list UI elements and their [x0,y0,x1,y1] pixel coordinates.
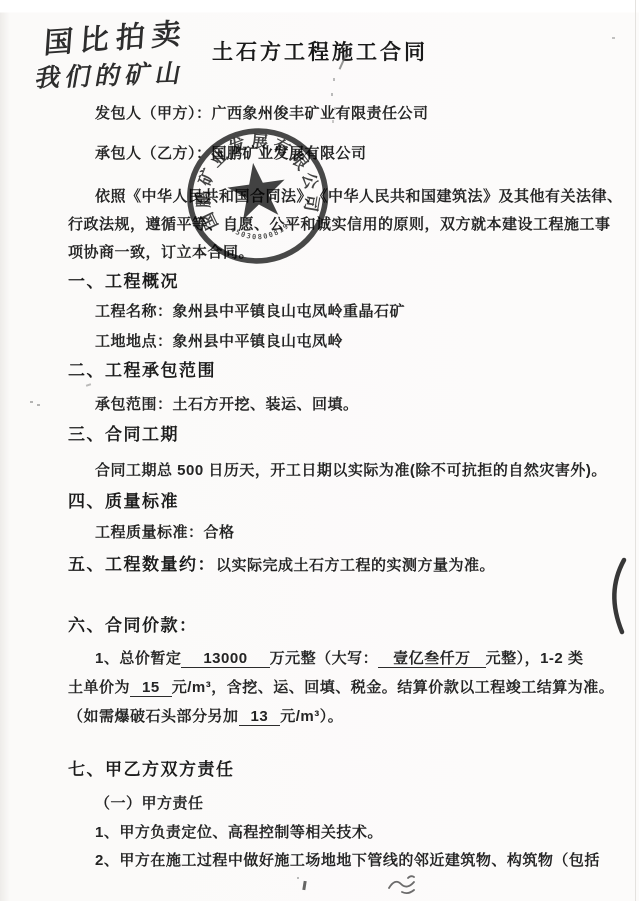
scope-line: 承包范围：土石方开挖、装运、回填。 [95,396,359,414]
blasting-extra-value: 13 [239,708,281,726]
seal-star-icon [224,159,289,222]
price-l3-pre: （如需爆破石头部分另加 [68,708,239,725]
section-1-heading: 一、工程概况 [68,272,179,292]
duration-line: 合同工期总 500 日历天，开工日期以实际为准(除不可抗拒的自然灾害外)。 [95,462,607,480]
section-7-heading: 七、甲乙方双方责任 [68,760,235,780]
scan-speck [297,877,299,879]
section-5-text: 以实际完成土石方工程的实测方量为准。 [216,557,495,574]
price-line-3: （如需爆破石头部分另加13元/m³）。 [68,708,343,726]
unit-price-value: 15 [130,679,172,697]
section-5-heading: 五、工程数量约： [68,555,216,574]
section-4-heading: 四、质量标准 [68,492,179,512]
contract-page: 国比拍卖 我们的矿山 土石方工程施工合同 发包人（甲方）：广西象州俊丰矿业有限责… [0,0,639,901]
price-l1-post: 元整），1-2 类 [486,650,584,667]
price-l3-post: 元/m³）。 [280,708,343,725]
price-line-2: 土单价为15元/m³，含挖、运、回填、税金。结算价款以工程竣工结算为准。 [68,679,614,697]
quality-line: 工程质量标准：合格 [95,524,235,542]
scan-speck [37,404,40,406]
handwritten-note-line2: 我们的矿山 [33,53,189,94]
party-a-line: 发包人（甲方）：广西象州俊丰矿业有限责任公司 [95,105,429,123]
section-3-heading: 三、合同工期 [68,425,179,445]
scan-speck [30,401,33,403]
svg-text:450308008192: 450308008192 [228,216,297,245]
preamble-line-1: 依照《中华人民共和国合同法》、《中华人民共和国建筑法》及其他有关法律、 [95,188,623,206]
scan-speck [334,107,336,110]
price-line-1: 1、总价暂定13000万元整（大写：壹亿叁仟万元整），1-2 类 [95,650,583,668]
scan-tick-mark [86,383,91,386]
scan-crease-mark [603,556,633,638]
scan-speck [612,37,615,39]
price-total-value: 13000 [181,650,269,668]
seal-registration-number: 450308008192 [228,216,297,245]
price-l2-pre: 土单价为 [68,679,130,696]
price-total-capital: 壹亿叁仟万 [378,650,486,668]
price-l1-mid: 万元整（大写： [270,650,379,667]
price-l2-post: 元/m³，含挖、运、回填、税金。结算价款以工程竣工结算为准。 [172,679,615,696]
scan-smudge-mark [384,872,422,898]
section-6-heading: 六、合同价款： [68,616,198,636]
scan-speck [333,78,335,81]
scan-speck [302,881,306,890]
project-name-line: 工程名称：象州县中平镇良山屯凤岭重晶石矿 [95,303,405,321]
party-a-duty-item-2: 2、甲方在施工过程中做好施工场地地下管线的邻近建筑物、构筑物（包括 [95,852,600,870]
section-2-heading: 二、工程承包范围 [68,361,216,381]
site-location-line: 工地地点：象州县中平镇良山屯凤岭 [95,333,343,351]
price-l1-pre: 1、总价暂定 [95,650,181,667]
company-seal-stamp: 国鹏矿业发展有限公司 450308008192 [172,114,343,282]
document-title: 土石方工程施工合同 [212,36,428,66]
scan-speck [332,120,334,123]
scan-speck [331,93,333,96]
party-a-duty-item-1: 1、甲方负责定位、高程控制等相关技术。 [95,824,383,842]
party-a-duty-subheading: （一）甲方责任 [95,795,204,813]
section-5-line: 五、工程数量约：以实际完成土石方工程的实测方量为准。 [68,555,495,575]
